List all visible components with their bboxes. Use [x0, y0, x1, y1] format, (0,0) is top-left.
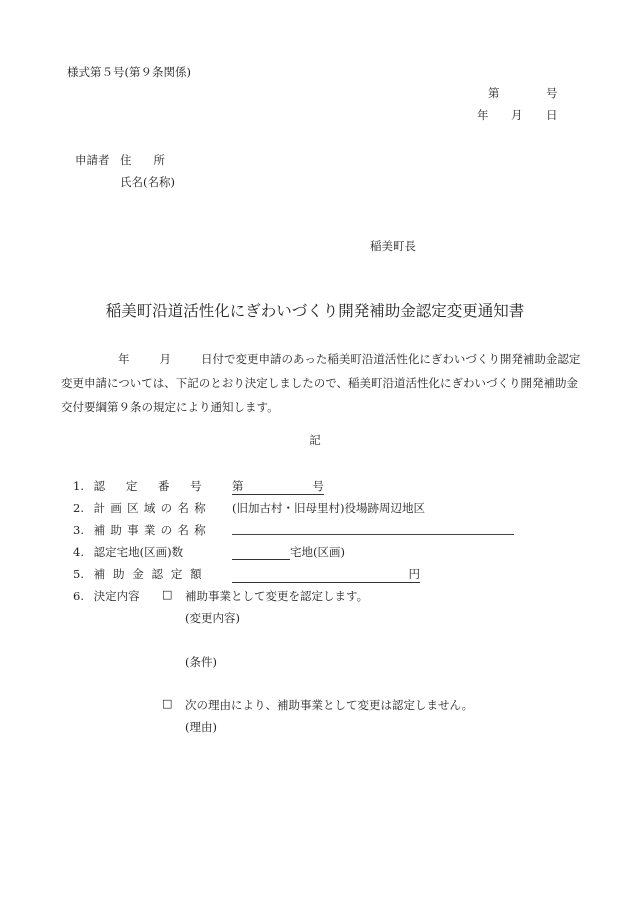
project-name-line: [232, 534, 514, 535]
lot-count-value: 宅地(区画): [232, 544, 345, 560]
document-number-label: 第: [488, 85, 500, 101]
reject-checkbox[interactable]: □: [162, 697, 172, 710]
date-day-label: 日: [546, 107, 558, 123]
approve-text: 補助事業として変更を認定します。: [185, 588, 368, 604]
item-lot-count: 4. 認定宅地(区画)数: [73, 544, 183, 560]
applicant-label: 申請者: [75, 152, 110, 168]
item-subsidy-amount: 5. 補助金認定額: [73, 566, 202, 582]
item-plan-area-name: 2. 計画区域の名称: [73, 500, 206, 516]
item-decision: 6. 決定内容: [73, 588, 140, 604]
document-title: 稲美町沿道活性化にぎわいづくり開発補助金認定変更通知書: [0, 299, 630, 321]
date-month-label: 月: [511, 107, 523, 123]
ki-heading: 記: [0, 432, 630, 448]
date-year-label: 年: [477, 107, 489, 123]
address-label: 住所: [120, 152, 165, 168]
item-project-name: 3. 補助事業の名称: [73, 522, 206, 538]
form-number: 様式第５号(第９条関係): [67, 64, 191, 80]
subsidy-amount-value: 円: [232, 566, 420, 583]
reason-label: (理由): [185, 719, 217, 735]
body-paragraph: 年月日付で変更申請のあった稲美町沿道活性化にぎわいづくり開発補助金認定変更申請に…: [61, 347, 581, 419]
conditions-label: (条件): [185, 654, 217, 670]
issuer: 稲美町長: [370, 238, 416, 254]
certification-number-value: 第号: [232, 478, 324, 495]
item-certification-number: 1. 認定番号: [73, 478, 202, 494]
document-number-suffix: 号: [546, 85, 558, 101]
change-details-label: (変更内容): [185, 610, 240, 626]
reject-text: 次の理由により、補助事業として変更は認定しません。: [185, 697, 473, 713]
approve-checkbox[interactable]: □: [162, 588, 172, 601]
plan-area-name-value: (旧加古村・旧母里村)役場跡周辺地区: [232, 500, 425, 516]
name-label: 氏名(名称): [120, 174, 175, 190]
